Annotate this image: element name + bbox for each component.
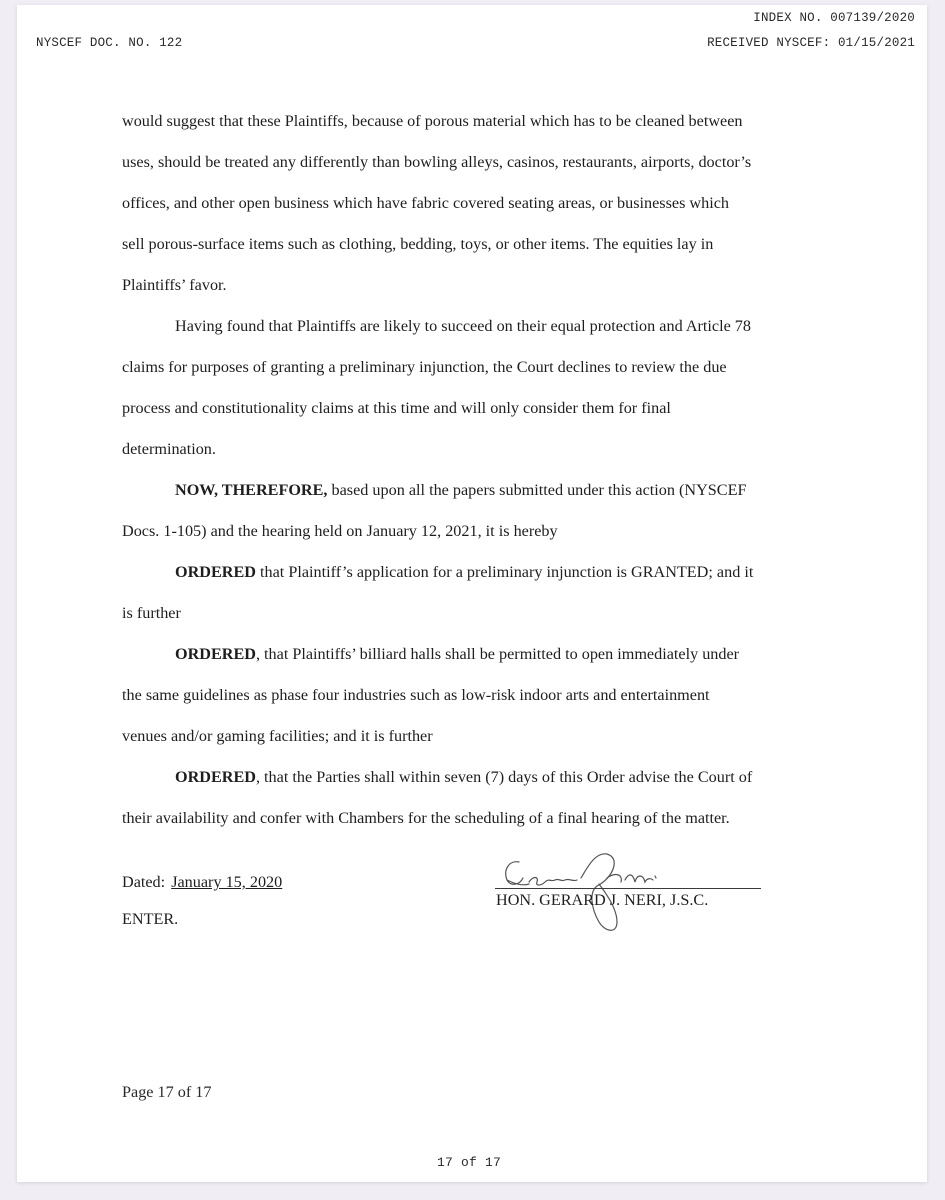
lead-text: NOW, THEREFORE, bbox=[175, 481, 327, 499]
text-line: ORDERED, that Plaintiffs’ billiard halls… bbox=[175, 645, 739, 664]
dated-label: Dated: bbox=[122, 873, 165, 891]
text-line: their availability and confer with Chamb… bbox=[122, 809, 730, 828]
dated-value: January 15, 2020 bbox=[169, 873, 286, 891]
enter-label: ENTER. bbox=[122, 910, 178, 929]
text-line: venues and/or gaming facilities; and it … bbox=[122, 727, 433, 746]
text-line: uses, should be treated any differently … bbox=[122, 153, 751, 172]
text-line: Having found that Plaintiffs are likely … bbox=[175, 317, 751, 336]
page-count: 17 of 17 bbox=[437, 1155, 501, 1170]
text-span: , that Plaintiffs’ billiard halls shall … bbox=[256, 645, 739, 663]
text-line: process and constitutionality claims at … bbox=[122, 399, 671, 418]
document-page: INDEX NO. 007139/2020 NYSCEF DOC. NO. 12… bbox=[17, 5, 927, 1182]
text-line: is further bbox=[122, 604, 181, 623]
text-line: sell porous-surface items such as clothi… bbox=[122, 235, 713, 254]
text-line: ORDERED that Plaintiff’s application for… bbox=[175, 563, 753, 582]
index-number: INDEX NO. 007139/2020 bbox=[753, 11, 915, 25]
text-line: ORDERED, that the Parties shall within s… bbox=[175, 768, 752, 787]
text-line: claims for purposes of granting a prelim… bbox=[122, 358, 727, 377]
text-line: would suggest that these Plaintiffs, bec… bbox=[122, 112, 743, 131]
text-line: Docs. 1-105) and the hearing held on Jan… bbox=[122, 522, 558, 541]
text-span: that Plaintiff’s application for a preli… bbox=[256, 563, 753, 581]
text-span: based upon all the papers submitted unde… bbox=[327, 481, 746, 499]
judge-name: HON. GERARD J. NERI, J.S.C. bbox=[496, 891, 708, 910]
text-line: the same guidelines as phase four indust… bbox=[122, 686, 710, 705]
lead-text: ORDERED bbox=[175, 645, 256, 663]
dated-line: Dated: January 15, 2020 bbox=[122, 873, 286, 892]
text-line: offices, and other open business which h… bbox=[122, 194, 729, 213]
page-number-label: Page 17 of 17 bbox=[122, 1083, 211, 1102]
nyscef-doc-number: NYSCEF DOC. NO. 122 bbox=[36, 36, 182, 50]
lead-text: ORDERED bbox=[175, 768, 256, 786]
received-date: RECEIVED NYSCEF: 01/15/2021 bbox=[707, 36, 915, 50]
text-line: Plaintiffs’ favor. bbox=[122, 276, 227, 295]
text-line: determination. bbox=[122, 440, 216, 459]
signature-line bbox=[495, 888, 761, 889]
text-span: , that the Parties shall within seven (7… bbox=[256, 768, 752, 786]
lead-text: ORDERED bbox=[175, 563, 256, 581]
text-line: NOW, THEREFORE, based upon all the paper… bbox=[175, 481, 746, 500]
